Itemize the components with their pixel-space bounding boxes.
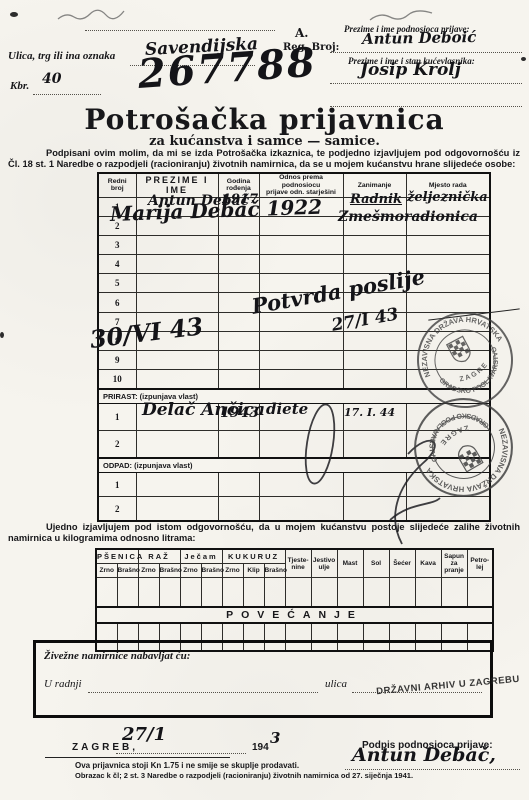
landlord-value: Josip Krolj xyxy=(360,62,461,79)
member-row: 3 xyxy=(98,235,490,254)
col-sol: Sol xyxy=(363,549,389,578)
intro-paragraph: Podpisani ovim molim, da mi se izda Potr… xyxy=(8,148,520,170)
povecanje-band: POVEĆANJE xyxy=(96,607,493,623)
supplies-group-header: PŠENICA RAŽ Ječam KUKURUZ Tjeste- nine J… xyxy=(96,549,493,564)
col-mast: Mast xyxy=(337,549,363,578)
col-redni-broj: Redni broj xyxy=(98,173,136,197)
signature-line xyxy=(345,768,520,770)
supplies-row xyxy=(96,578,493,608)
supplies-table: PŠENICA RAŽ Ječam KUKURUZ Tjeste- nine J… xyxy=(95,548,494,652)
coat-of-arms-shield xyxy=(455,442,483,472)
pencil-smudge xyxy=(55,8,130,24)
ink-speck xyxy=(10,12,18,17)
col-raz: RAŽ xyxy=(138,549,180,564)
member1-workplace: željeznička xyxy=(407,191,488,204)
supplies-intro: Ujedno izjavljujem pod istom odgovornošć… xyxy=(8,522,520,544)
form-subtitle: za kućanstva i samce — samice. xyxy=(0,134,529,149)
shop-label: U radnji xyxy=(44,678,82,690)
scanned-form-page: Ulica, trg ili ina oznaka Savendijska Kb… xyxy=(0,0,529,800)
landlord-line xyxy=(330,82,522,84)
applicant-line xyxy=(330,51,522,53)
col-psenica: PŠENICA xyxy=(96,549,138,564)
year-prefix: 194 xyxy=(252,742,269,753)
coat-of-arms-shield xyxy=(447,336,474,365)
shop-line xyxy=(88,691,318,693)
form-title: Potrošačka prijavnica xyxy=(0,103,529,136)
procurement-heading: Živežne namirnice nabavljat ću: xyxy=(44,650,190,662)
col-sapun: Sapun za pranje xyxy=(441,549,467,578)
col-jestivo-ulje: Jestivo ulje xyxy=(311,549,337,578)
ink-speck xyxy=(0,332,4,338)
kbr-line xyxy=(33,93,101,95)
dotted-line xyxy=(85,29,275,31)
reg-broj-value: 267788 xyxy=(137,43,318,95)
footer-note2: Obrazac k čl; 2 st. 3 Naredbe o razpodje… xyxy=(75,771,413,780)
pencil-smudge xyxy=(368,10,438,24)
street-label: Ulica, trg ili ina oznaka xyxy=(8,50,115,62)
kbr-value: 40 xyxy=(42,72,61,86)
year-digit: 3 xyxy=(270,731,280,746)
member1-occupation: Radnik xyxy=(350,193,402,206)
col-secer: Šećer xyxy=(389,549,415,578)
prirast-year: 1943 xyxy=(220,406,259,420)
divider-line xyxy=(45,757,230,758)
member2-workplace: Zmešmoradionica xyxy=(338,210,478,224)
ink-speck xyxy=(521,57,526,61)
applicant-value: Antun Deboić xyxy=(362,30,477,47)
col-kava: Kava xyxy=(415,549,441,578)
member-row: 4 xyxy=(98,255,490,274)
footer-note1: Ova prijavnica stoji Kn 1.75 i ne smije … xyxy=(75,761,299,770)
ulica-label: ulica xyxy=(325,678,347,690)
kbr-label: Kbr. xyxy=(10,80,29,92)
col-jecam: Ječam xyxy=(180,549,222,564)
col-odnos: Odnos prema podnosiocu prijave odn. star… xyxy=(259,173,343,197)
signature-value: Antun Debač, xyxy=(352,746,496,765)
date-value: 27/1 xyxy=(122,726,166,744)
col-kukuruz: KUKURUZ xyxy=(222,549,285,564)
col-tjestenine: Tjeste- nine xyxy=(285,549,311,578)
col-petrolej: Petro- lej xyxy=(467,549,493,578)
section-letter: A. xyxy=(295,26,309,40)
date-line xyxy=(116,752,246,754)
